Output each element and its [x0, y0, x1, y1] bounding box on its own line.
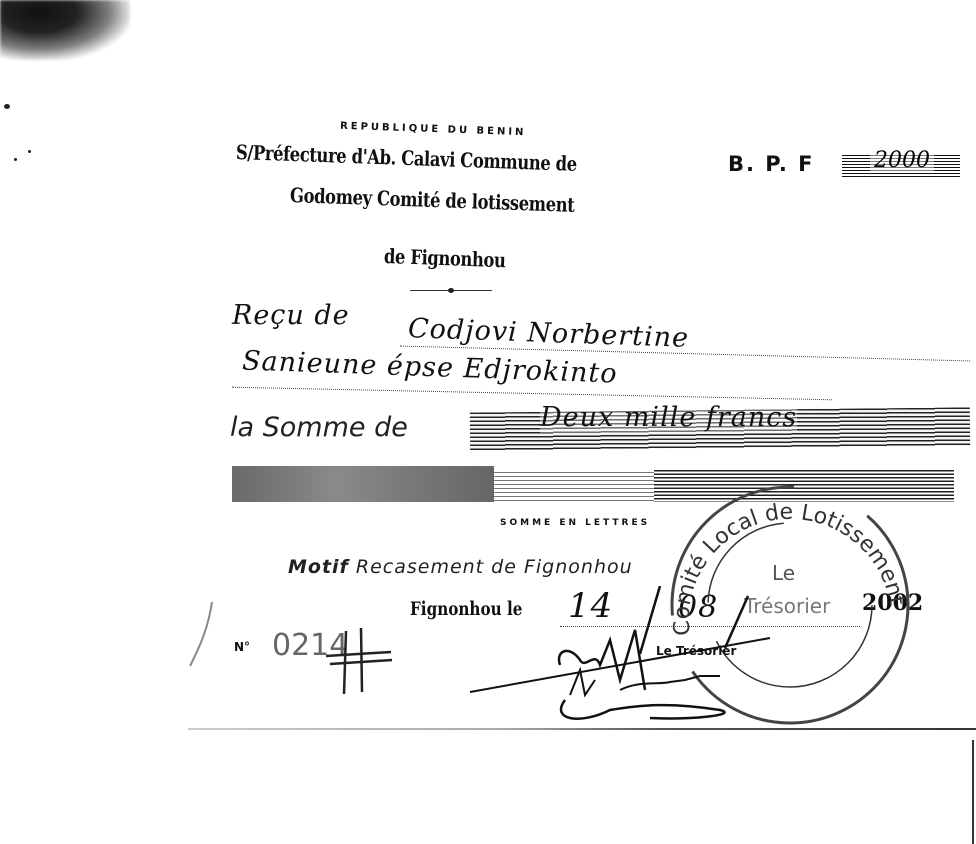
motif-label: Motif: [288, 556, 349, 578]
motif-value: Recasement de Fignonhou: [356, 556, 633, 578]
somme-label: la Somme de: [230, 412, 408, 443]
somme-value: Deux mille francs: [540, 402, 797, 433]
scan-speck: [4, 104, 10, 109]
bpf-label: B. P. F: [728, 152, 814, 176]
date-separator-icon: [630, 586, 750, 656]
bottom-edge-rule: [188, 728, 976, 730]
recu-de-value-line2: Sanieune épse Edjrokinto: [242, 345, 618, 389]
header-line-1: S/Préfecture d'Ab. Calavi Commune de: [236, 140, 578, 176]
somme-en-lettres-label: SOMME EN LETTRES: [500, 518, 650, 528]
bpf-amount-value: 2000: [870, 148, 934, 173]
margin-stroke-icon: [188, 600, 218, 670]
header-line-2: Godomey Comité de lotissement: [290, 183, 575, 217]
redacted-block: [232, 466, 494, 502]
motif-row: Motif Recasement de Fignonhou: [288, 556, 633, 578]
header-line-3: de Fignonhou: [384, 244, 506, 272]
stamp-center-le: Le: [772, 561, 795, 585]
recu-de-label: Reçu de: [232, 300, 350, 331]
divider-ornament: [448, 288, 454, 293]
country-heading: REPUBLIQUE DU BENIN: [340, 121, 527, 139]
numero-label: N°: [234, 640, 250, 654]
scan-speck: [28, 150, 31, 153]
recu-de-rule-2: [232, 387, 832, 401]
scan-speck: [14, 158, 17, 161]
numero-handwriting-icon: [316, 626, 396, 696]
somme-dotted-box: [494, 472, 654, 502]
scan-smudge: [0, 0, 130, 60]
page-edge: [972, 740, 974, 844]
